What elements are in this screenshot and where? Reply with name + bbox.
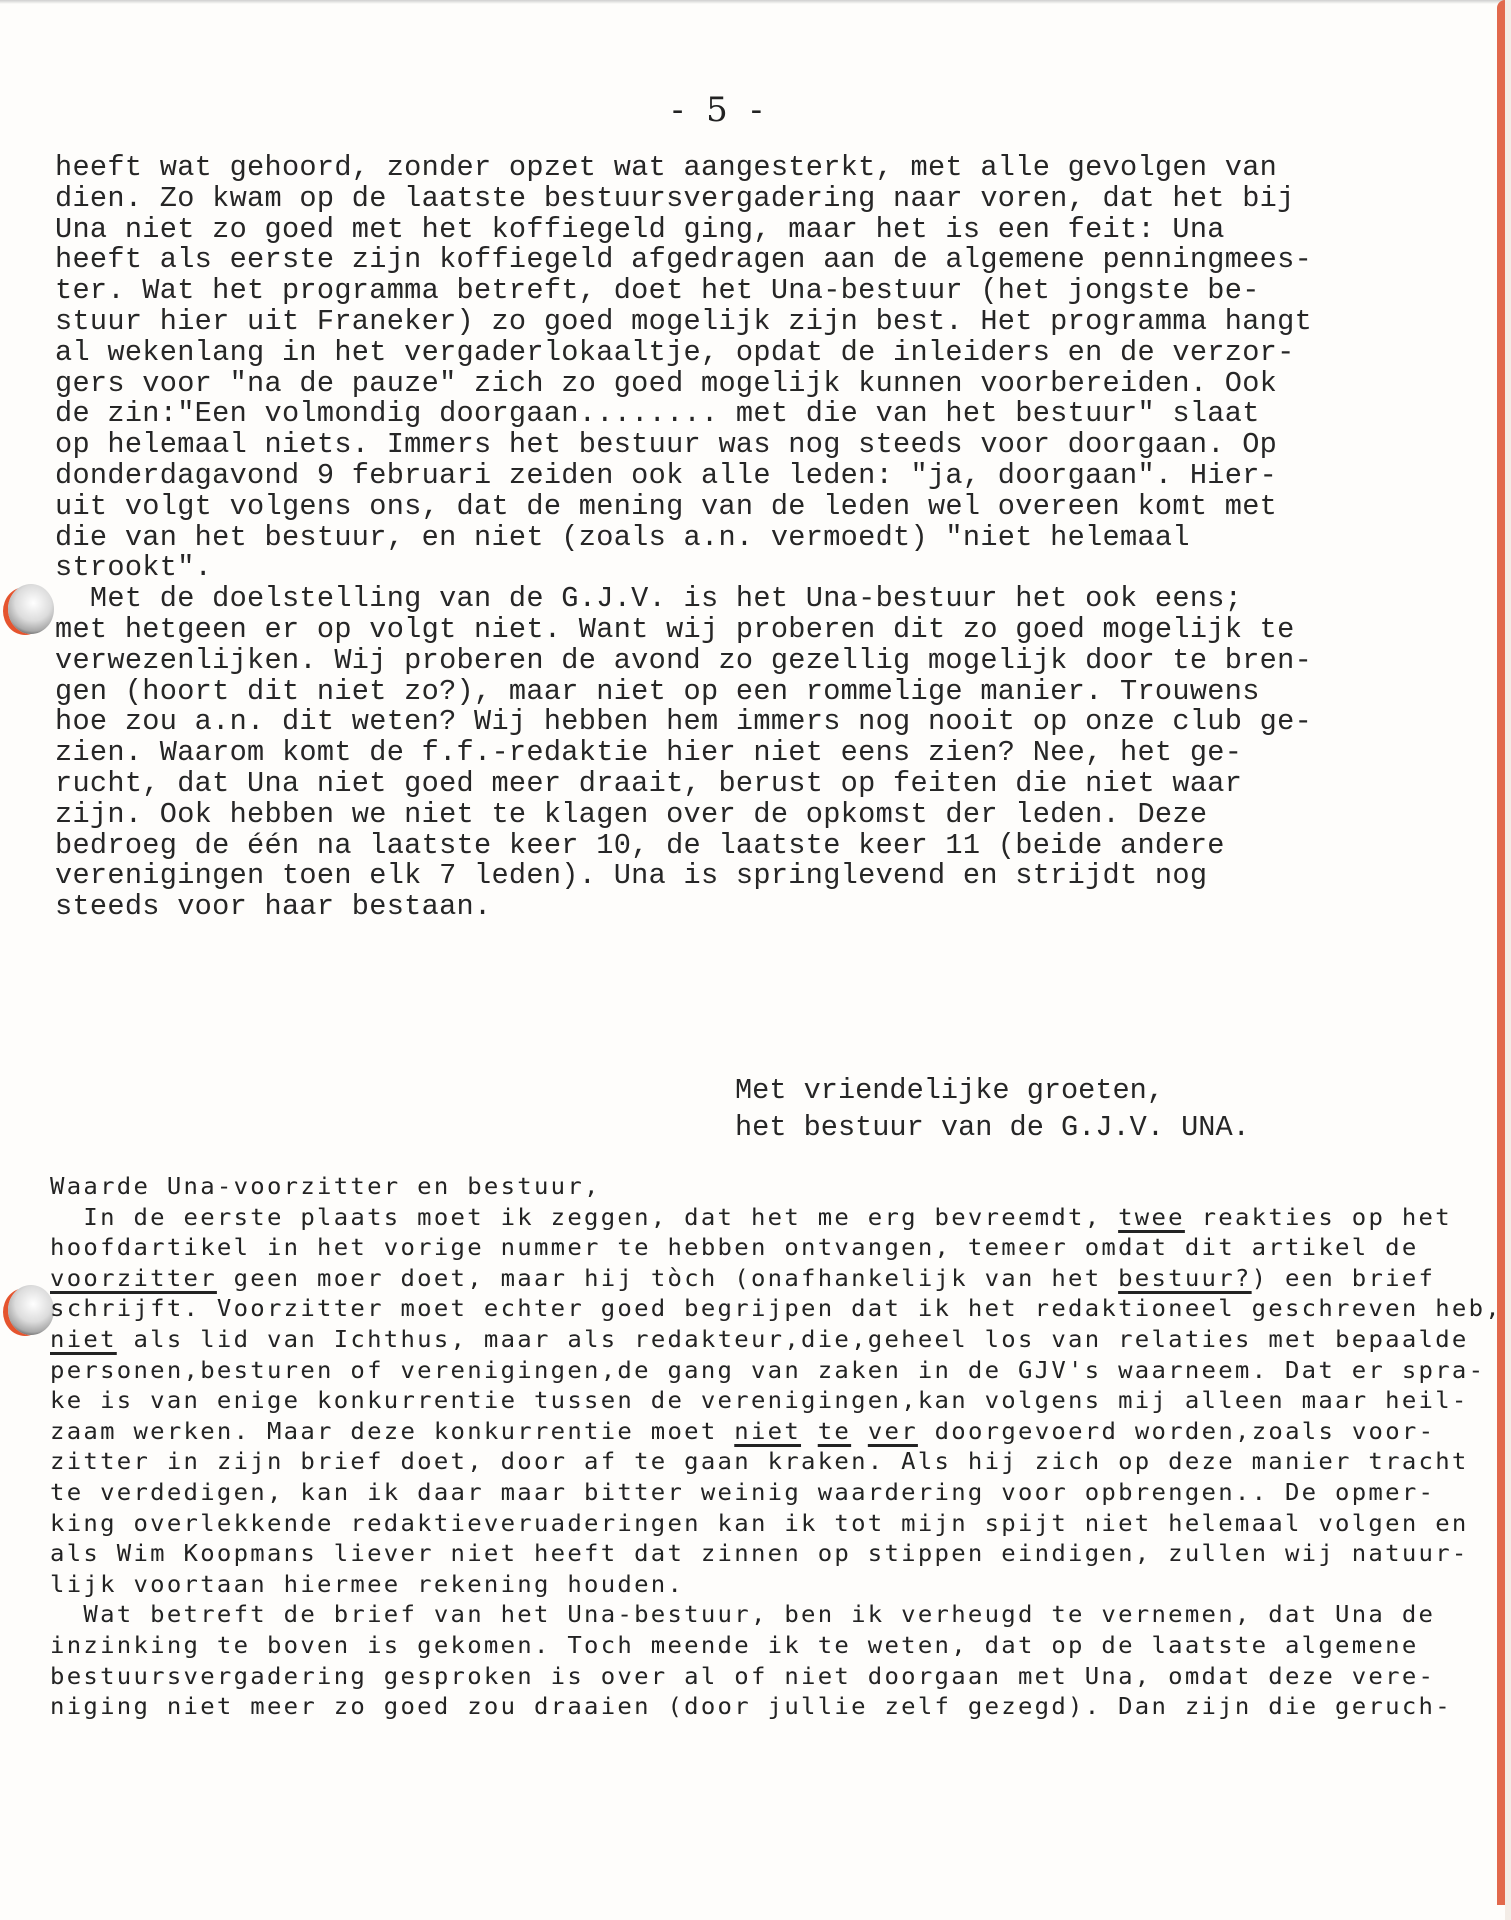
text-line: voorzitter geen moer doet, maar hij tòch… bbox=[50, 1264, 1485, 1295]
underlined-word: ver bbox=[868, 1419, 918, 1445]
text-segment: niging niet meer zo goed zou draaien (do… bbox=[50, 1694, 1452, 1720]
text-line: strookt". bbox=[55, 553, 1415, 584]
underlined-word: voorzitter bbox=[50, 1266, 217, 1292]
text-line: zijn. Ook hebben we niet te klagen over … bbox=[55, 800, 1415, 831]
text-line: zien. Waarom komt de f.f.-redaktie hier … bbox=[55, 738, 1415, 769]
text-line: zaam werken. Maar deze konkurrentie moet… bbox=[50, 1417, 1485, 1448]
text-segment: personen,besturen of verenigingen,de gan… bbox=[50, 1358, 1485, 1384]
salutation: Waarde Una-voorzitter en bestuur, bbox=[50, 1172, 1485, 1203]
una-board-letter-body: heeft wat gehoord, zonder opzet wat aang… bbox=[55, 153, 1415, 923]
text-line: Wat betreft de brief van het Una-bestuur… bbox=[50, 1600, 1485, 1631]
text-segment: schrijft. Voorzitter moet echter goed be… bbox=[50, 1296, 1502, 1322]
text-line: niet als lid van Ichthus, maar als redak… bbox=[50, 1325, 1485, 1356]
text-line: gers voor "na de pauze" zich zo goed mog… bbox=[55, 369, 1415, 400]
text-segment: king overlekkende redaktieveruaderingen … bbox=[50, 1511, 1469, 1537]
punch-hole-icon bbox=[8, 584, 54, 634]
text-line: king overlekkende redaktieveruaderingen … bbox=[50, 1509, 1485, 1540]
closing-line: Met vriendelijke groeten, bbox=[735, 1072, 1250, 1109]
text-line: hoe zou a.n. dit weten? Wij hebben hem i… bbox=[55, 707, 1415, 738]
text-line: zitter in zijn brief doet, door af te ga… bbox=[50, 1447, 1485, 1478]
text-line: ter. Wat het programma betreft, doet het… bbox=[55, 276, 1415, 307]
text-line: donderdagavond 9 februari zeiden ook all… bbox=[55, 461, 1415, 492]
text-segment bbox=[801, 1419, 818, 1445]
underlined-word: niet bbox=[734, 1419, 801, 1445]
underlined-word: bestuur? bbox=[1118, 1266, 1252, 1292]
text-segment: zaam werken. Maar deze konkurrentie moet bbox=[50, 1419, 734, 1445]
text-line: met hetgeen er op volgt niet. Want wij p… bbox=[55, 615, 1415, 646]
text-line: die van het bestuur, en niet (zoals a.n.… bbox=[55, 523, 1415, 554]
text-segment: als Wim Koopmans liever niet heeft dat z… bbox=[50, 1541, 1469, 1567]
punch-hole-icon bbox=[8, 1285, 54, 1335]
text-line: verenigingen toen elk 7 leden). Una is s… bbox=[55, 861, 1415, 892]
page-top-shadow bbox=[0, 0, 1511, 4]
text-line: lijk voortaan hiermee rekening houden. bbox=[50, 1570, 1485, 1601]
text-line: schrijft. Voorzitter moet echter goed be… bbox=[50, 1294, 1485, 1325]
text-segment: inzinking te boven is gekomen. Toch meen… bbox=[50, 1633, 1419, 1659]
underlined-word: niet bbox=[50, 1327, 117, 1353]
text-segment: reakties op het bbox=[1185, 1205, 1452, 1231]
text-segment: ) een brief bbox=[1252, 1266, 1436, 1292]
signed-by-line: het bestuur van de G.J.V. UNA. bbox=[735, 1109, 1250, 1146]
text-line: op helemaal niets. Immers het bestuur wa… bbox=[55, 430, 1415, 461]
text-segment: lijk voortaan hiermee rekening houden. bbox=[50, 1572, 684, 1598]
text-line: In de eerste plaats moet ik zeggen, dat … bbox=[50, 1203, 1485, 1234]
text-line: heeft als eerste zijn koffiegeld afgedra… bbox=[55, 245, 1415, 276]
underlined-word: twee bbox=[1118, 1205, 1185, 1231]
text-line: bedroeg de één na laatste keer 10, de la… bbox=[55, 831, 1415, 862]
page-number: - 5 - bbox=[0, 90, 1440, 130]
text-line: Met de doelstelling van de G.J.V. is het… bbox=[55, 584, 1415, 615]
text-segment: hoofdartikel in het vorige nummer te heb… bbox=[50, 1235, 1419, 1261]
text-line: te verdedigen, kan ik daar maar bitter w… bbox=[50, 1478, 1485, 1509]
una-board-signature: Met vriendelijke groeten, het bestuur va… bbox=[735, 1072, 1250, 1146]
text-line: rucht, dat Una niet goed meer draait, be… bbox=[55, 769, 1415, 800]
page-right-edge bbox=[1505, 0, 1511, 1920]
scanned-page: - 5 - heeft wat gehoord, zonder opzet wa… bbox=[0, 0, 1511, 1920]
text-line: niging niet meer zo goed zou draaien (do… bbox=[50, 1692, 1485, 1723]
text-line: dien. Zo kwam op de laatste bestuursverg… bbox=[55, 184, 1415, 215]
text-line: Una niet zo goed met het koffiegeld ging… bbox=[55, 215, 1415, 246]
underlined-word: te bbox=[818, 1419, 851, 1445]
text-line: personen,besturen of verenigingen,de gan… bbox=[50, 1356, 1485, 1387]
text-line: hoofdartikel in het vorige nummer te heb… bbox=[50, 1233, 1485, 1264]
text-segment: te verdedigen, kan ik daar maar bitter w… bbox=[50, 1480, 1435, 1506]
text-line: gen (hoort dit niet zo?), maar niet op e… bbox=[55, 677, 1415, 708]
text-line: inzinking te boven is gekomen. Toch meen… bbox=[50, 1631, 1485, 1662]
text-line: uit volgt volgens ons, dat de mening van… bbox=[55, 492, 1415, 523]
text-segment: als lid van Ichthus, maar als redakteur,… bbox=[117, 1327, 1469, 1353]
text-line: ke is van enige konkurrentie tussen de v… bbox=[50, 1386, 1485, 1417]
editor-reply-letter: Waarde Una-voorzitter en bestuur, In de … bbox=[50, 1172, 1485, 1723]
text-line: steeds voor haar bestaan. bbox=[55, 892, 1415, 923]
text-line: verwezenlijken. Wij proberen de avond zo… bbox=[55, 646, 1415, 677]
text-segment bbox=[851, 1419, 868, 1445]
text-line: de zin:"Een volmondig doorgaan........ m… bbox=[55, 399, 1415, 430]
text-segment: ke is van enige konkurrentie tussen de v… bbox=[50, 1388, 1469, 1414]
text-segment: geen moer doet, maar hij tòch (onafhanke… bbox=[217, 1266, 1118, 1292]
text-segment: doorgevoerd worden,zoals voor- bbox=[918, 1419, 1435, 1445]
text-line: stuur hier uit Franeker) zo goed mogelij… bbox=[55, 307, 1415, 338]
orange-margin-line bbox=[1497, 0, 1505, 1905]
text-line: bestuursvergadering gesproken is over al… bbox=[50, 1662, 1485, 1693]
text-segment: In de eerste plaats moet ik zeggen, dat … bbox=[50, 1205, 1118, 1231]
text-segment: bestuursvergadering gesproken is over al… bbox=[50, 1664, 1435, 1690]
text-line: als Wim Koopmans liever niet heeft dat z… bbox=[50, 1539, 1485, 1570]
text-segment: zitter in zijn brief doet, door af te ga… bbox=[50, 1449, 1469, 1475]
text-line: al wekenlang in het vergaderlokaaltje, o… bbox=[55, 338, 1415, 369]
text-line: heeft wat gehoord, zonder opzet wat aang… bbox=[55, 153, 1415, 184]
text-segment: Wat betreft de brief van het Una-bestuur… bbox=[50, 1602, 1435, 1628]
